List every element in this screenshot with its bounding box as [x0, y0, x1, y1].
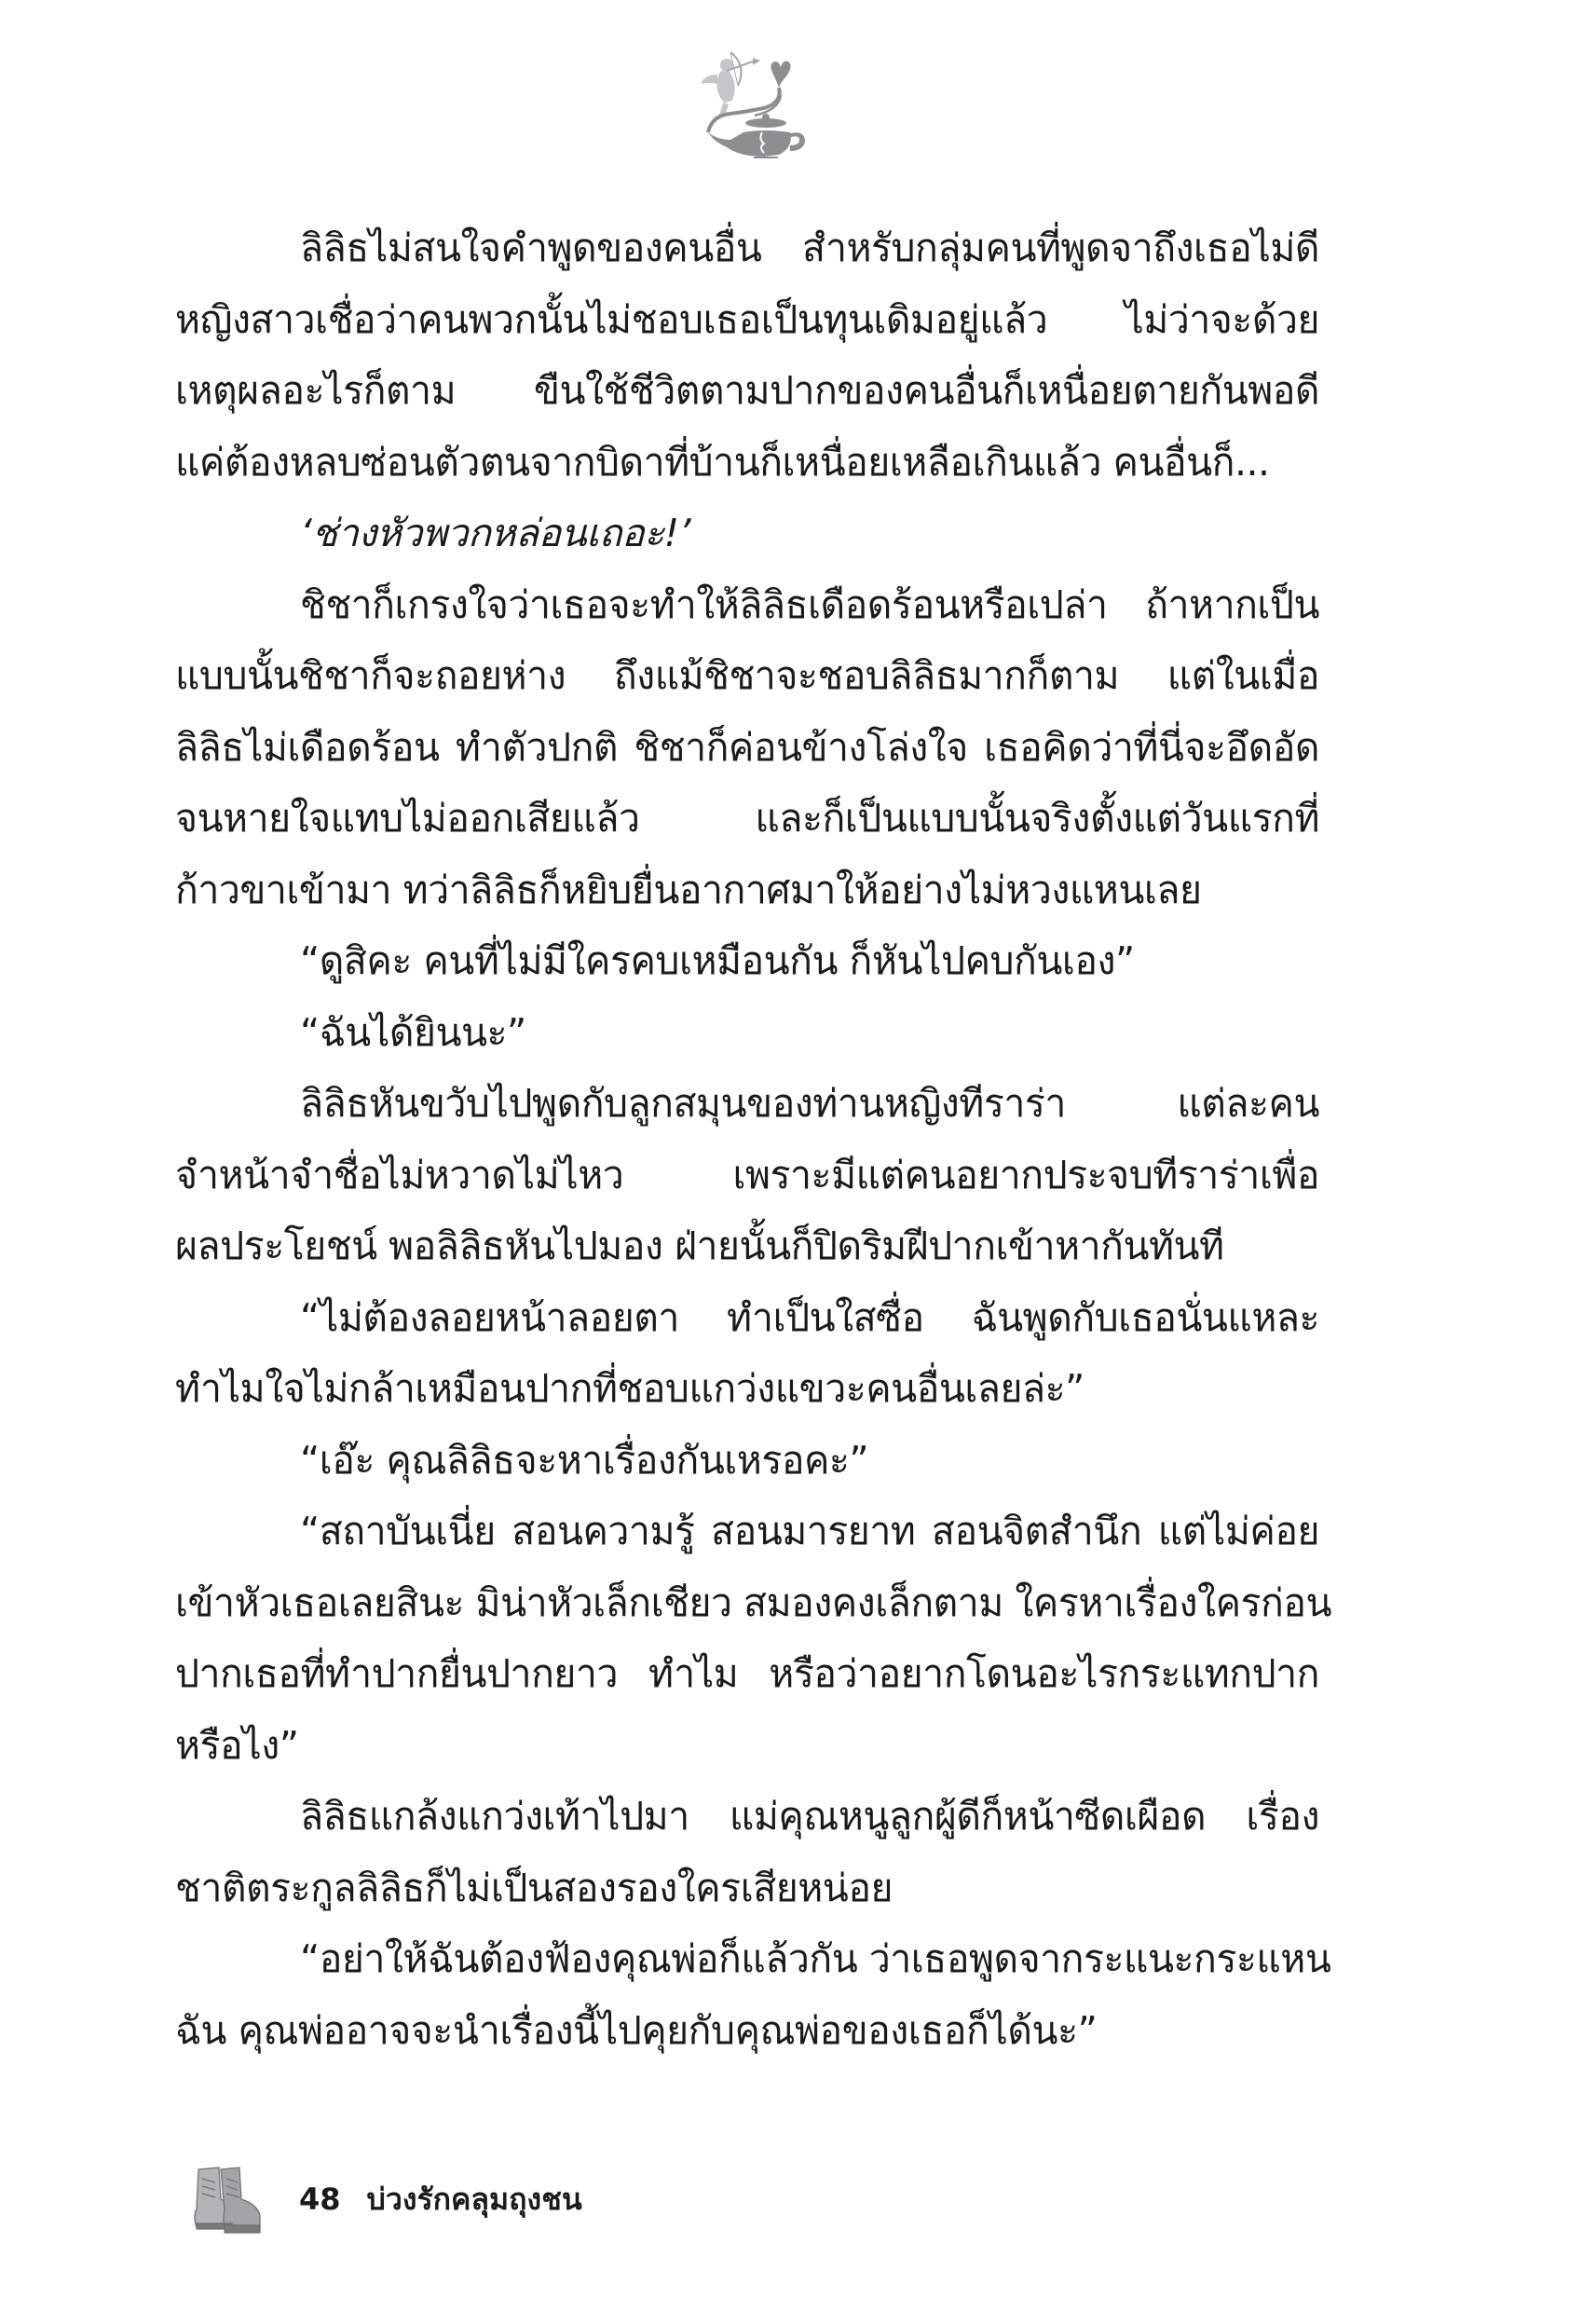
text-line: แบบนั้นชิชาก็จะถอยห่าง ถึงแม้ชิชาจะชอบลิ…	[175, 640, 1319, 712]
text-line: ชาติตระกูลลิลิธก็ไม่เป็นสองรองใครเสียหน่…	[175, 1853, 1319, 1924]
cupid-magic-lamp-icon	[689, 47, 811, 158]
text-line: “ดูสิคะ คนที่ไม่มีใครคบเหมือนกัน ก็หันไป…	[175, 925, 1319, 997]
text-line: แค่ต้องหลบซ่อนตัวตนจากบิดาที่บ้านก็เหนื่…	[175, 427, 1319, 499]
text-line: ลิลิธหันขวับไปพูดกับลูกสมุนของท่านหญิงที…	[175, 1068, 1319, 1140]
text-line: จำหน้าจำชื่อไม่หวาดไม่ไหว เพราะมีแต่คนอย…	[175, 1140, 1319, 1211]
text-line: ชิชาก็เกรงใจว่าเธอจะทำให้ลิลิธเดือดร้อนห…	[175, 569, 1319, 641]
text-line: จนหายใจแทบไม่ออกเสียแล้ว และก็เป็นแบบนั้…	[175, 783, 1319, 855]
text-line: ทำไมใจไม่กล้าเหมือนปากที่ชอบแกว่งแขวะคนอ…	[175, 1353, 1319, 1425]
text-line: ‘ช่างหัวพวกหล่อนเถอะ!’	[175, 498, 1319, 569]
page-body: ลิลิธไม่สนใจคำพูดของคนอื่น สำหรับกลุ่มคน…	[175, 212, 1319, 2066]
text-line: ก้าวขาเข้ามา ทว่าลิลิธก็หยิบยื่นอากาศมาใ…	[175, 855, 1319, 926]
text-line: หรือไง”	[175, 1710, 1319, 1782]
text-line: “เอ๊ะ คุณลิลิธจะหาเรื่องกันเหรอคะ”	[175, 1425, 1319, 1497]
text-line: ลิลิธแกล้งแกว่งเท้าไปมา แม่คุณหนูลูกผู้ด…	[175, 1781, 1319, 1853]
text-line: ปากเธอที่ทำปากยื่นปากยาว ทำไม หรือว่าอยา…	[175, 1638, 1319, 1710]
text-line: ฉัน คุณพ่ออาจจะนำเรื่องนี้ไปคุยกับคุณพ่อ…	[175, 1995, 1319, 2067]
page-footer: 48 บ่วงรักคลุมถุงชน	[191, 2153, 582, 2246]
boots-icon	[191, 2162, 266, 2236]
text-line: “ฉันได้ยินนะ”	[175, 997, 1319, 1069]
text-line: หญิงสาวเชื่อว่าคนพวกนั้นไม่ชอบเธอเป็นทุน…	[175, 284, 1319, 356]
text-line: เหตุผลอะไรก็ตาม ขืนใช้ชีวิตตามปากของคนอื…	[175, 355, 1319, 427]
text-line: ลิลิธไม่เดือดร้อน ทำตัวปกติ ชิชาก็ค่อนข้…	[175, 712, 1319, 784]
text-line: “อย่าให้ฉันต้องฟ้องคุณพ่อก็แล้วกัน ว่าเธ…	[175, 1923, 1319, 1995]
text-line: เข้าหัวเธอเลยสินะ มิน่าหัวเล็กเชียว สมอง…	[175, 1567, 1319, 1639]
book-title: บ่วงรักคลุมถุงชน	[367, 2176, 582, 2223]
text-line: “ไม่ต้องลอยหน้าลอยตา ทำเป็นใสซื่อ ฉันพูด…	[175, 1282, 1319, 1354]
text-line: ลิลิธไม่สนใจคำพูดของคนอื่น สำหรับกลุ่มคน…	[175, 212, 1319, 284]
page-number: 48	[299, 2181, 341, 2217]
text-line: “สถาบันเนี่ย สอนความรู้ สอนมารยาท สอนจิต…	[175, 1496, 1319, 1567]
text-line: ผลประโยชน์ พอลิลิธหันไปมอง ฝ่ายนั้นก็ปิด…	[175, 1210, 1319, 1282]
